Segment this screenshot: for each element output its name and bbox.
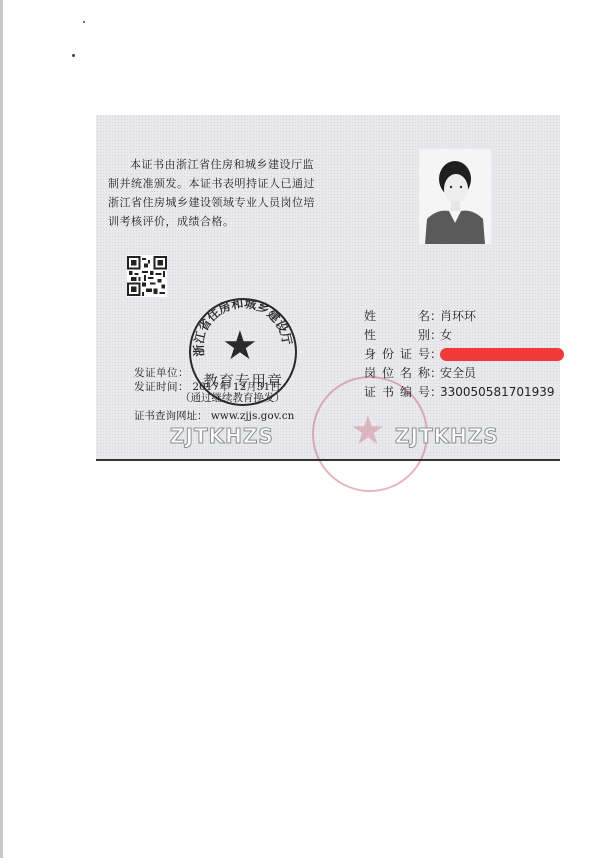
scan-speck: [72, 54, 75, 57]
query-label: 证书查询网址：: [134, 410, 208, 422]
issue-unit: 发证单位：: [134, 365, 189, 380]
holder-photo: [419, 149, 491, 244]
field-name: 姓 名：肖环环: [364, 307, 564, 326]
field-value: 肖环环: [440, 307, 476, 326]
field-certificate-number: 证书编号：330050581701939: [364, 383, 564, 402]
certificate-query: 证书查询网址： www.zjjs.gov.cn: [134, 408, 294, 423]
watermark-left: ZJTKHZS: [170, 424, 274, 448]
field-label: 岗位名称: [364, 364, 430, 383]
red-seal-star-icon: ★: [350, 408, 386, 454]
reissue-note: （通过继续教育换发）: [180, 390, 285, 405]
watermark-right: ZJTKHZS: [395, 424, 499, 448]
field-id-number: 身份证号：: [364, 345, 564, 364]
card-bottom-edge: [96, 459, 560, 461]
field-label: 证书编号: [364, 383, 430, 402]
field-label: 性 别: [364, 326, 430, 345]
field-position: 岗位名称：安全员: [364, 364, 564, 383]
certificate-intro-text: 本证书由浙江省住房和城乡建设厅监制并统准颁发。本证书表明持证人已通过浙江省住房城…: [108, 155, 318, 231]
field-gender: 性 别：女: [364, 326, 564, 345]
issue-unit-label: 发证单位：: [134, 367, 189, 379]
field-label: 身份证号: [364, 345, 430, 364]
seal-star-icon: ★: [222, 326, 258, 366]
certificate-card: 本证书由浙江省住房和城乡建设厅监制并统准颁发。本证书表明持证人已通过浙江省住房城…: [96, 115, 560, 460]
holder-fields: 姓 名：肖环环 性 别：女 身份证号： 岗位名称：安全员 证书编号：330050…: [364, 307, 564, 402]
field-value: 女: [440, 326, 452, 345]
field-value: 330050581701939: [440, 383, 555, 402]
qr-code: [127, 255, 167, 297]
page-left-border: [0, 0, 3, 858]
field-label: 姓 名: [364, 307, 430, 326]
scan-speck: [83, 21, 85, 23]
query-url: www.zjjs.gov.cn: [211, 410, 295, 422]
field-value: 安全员: [440, 364, 476, 383]
redaction-mark: [440, 348, 564, 361]
